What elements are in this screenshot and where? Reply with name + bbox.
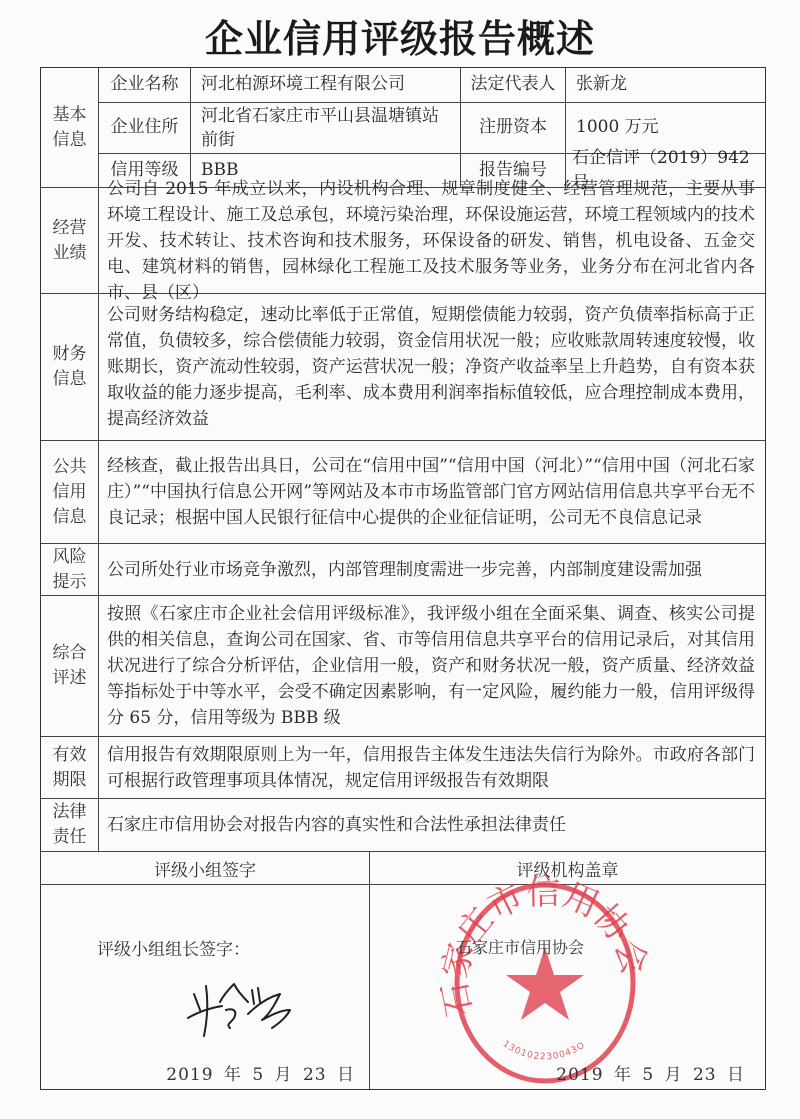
section-text: 石家庄市信用协会对报告内容的真实性和合法性承担法律责任	[99, 799, 765, 851]
handwritten-signature-icon	[186, 980, 306, 1040]
field-label: 企业名称	[99, 68, 191, 102]
signature-date: 2019 年 5 月 23 日	[166, 1060, 355, 1085]
section-text: 信用报告有效期限原则上为一年，信用报告主体发生违法失信行为除外。市政府各部门可根…	[99, 737, 765, 798]
section-text: 经核查，截止报告出具日，公司在“信用中国”“信用中国（河北）”“信用中国（河北石…	[99, 441, 765, 543]
section-text: 公司财务结构稳定，速动比率低于正常值，短期偿债能力较弱，资产负债率指标高于正常值…	[99, 294, 765, 440]
section-label: 法律 责任	[41, 799, 99, 851]
rating-team-signature-header: 评级小组签字	[41, 852, 370, 884]
company-name: 河北柏源环境工程有限公司	[191, 68, 461, 102]
section-text: 公司自 2015 年成立以来，内设机构合理、规章制度健全、经营管理规范，主要从事…	[99, 188, 765, 293]
section-label-text: 有效 期限	[53, 743, 87, 793]
document-title: 企业信用评级报告概述	[0, 8, 800, 63]
section-label: 基本 信息	[41, 68, 99, 187]
section-label: 综合 评述	[41, 596, 99, 736]
section-label-text: 经营 业绩	[53, 216, 87, 266]
section-financial-info: 财务 信息 公司财务结构稳定，速动比率低于正常值，短期偿债能力较弱，资产负债率指…	[41, 294, 765, 441]
rating-team-signature-area: 评级小组组长签字： 2019 年 5 月 23 日	[41, 885, 370, 1089]
legal-representative: 张新龙	[566, 68, 765, 102]
section-public-credit: 公共 信用 信息 经核查，截止报告出具日，公司在“信用中国”“信用中国（河北）”…	[41, 441, 765, 544]
section-label-text: 法律 责任	[53, 800, 87, 850]
section-business-performance: 经营 业绩 公司自 2015 年成立以来，内设机构合理、规章制度健全、经营管理规…	[41, 188, 765, 294]
section-label: 公共 信用 信息	[41, 441, 99, 543]
section-label: 经营 业绩	[41, 188, 99, 293]
svg-text:130102230043O: 130102230043O	[501, 1039, 588, 1062]
section-legal-liability: 法律 责任 石家庄市信用协会对报告内容的真实性和合法性承担法律责任	[41, 799, 765, 852]
agency-name: 石家庄市信用协会	[456, 935, 584, 958]
section-risk-warning: 风险 提示 公司所处行业市场竞争激烈，内部管理制度需进一步完善，内部制度建设需加…	[41, 544, 765, 596]
section-label-text: 公共 信用 信息	[53, 455, 87, 530]
field-label: 注册资本	[461, 103, 566, 153]
section-validity: 有效 期限 信用报告有效期限原则上为一年，信用报告主体发生违法失信行为除外。市政…	[41, 737, 765, 799]
team-leader-label: 评级小组组长签字：	[97, 935, 250, 960]
section-label: 财务 信息	[41, 294, 99, 440]
section-label: 风险 提示	[41, 544, 99, 595]
section-summary: 综合 评述 按照《石家庄市企业社会信用评级标准》，我评级小组在全面采集、调查、核…	[41, 596, 765, 737]
basic-info-section: 基本 信息 企业名称 河北柏源环境工程有限公司 法定代表人 张新龙 企业住所 河…	[41, 68, 765, 188]
official-seal-icon: 石家庄市信用协会 130102230043O	[440, 875, 650, 1085]
section-label-text: 风险 提示	[53, 545, 87, 595]
section-label-text: 基本 信息	[53, 103, 87, 153]
section-text: 按照《石家庄市企业社会信用评级标准》，我评级小组在全面采集、调查、核实公司提供的…	[99, 596, 765, 736]
seal-date: 2019 年 5 月 23 日	[556, 1060, 745, 1085]
field-label: 法定代表人	[461, 68, 566, 102]
section-label: 有效 期限	[41, 737, 99, 798]
section-text: 公司所处行业市场竞争激烈，内部管理制度需进一步完善，内部制度建设需加强	[99, 544, 765, 595]
signature-section: 评级小组签字 评级机构盖章 评级小组组长签字： 2019 年 5 月 23 日	[41, 852, 765, 1089]
rating-agency-seal-area: 石家庄市信用协会 130102230043O 石家庄市信用协会 2019 年 5…	[370, 885, 765, 1089]
section-label-text: 综合 评述	[53, 641, 87, 691]
section-label-text: 财务 信息	[53, 342, 87, 392]
company-address: 河北省石家庄市平山县温塘镇站前街	[191, 103, 461, 153]
report-table: 基本 信息 企业名称 河北柏源环境工程有限公司 法定代表人 张新龙 企业住所 河…	[40, 67, 766, 1090]
basic-row-name: 企业名称 河北柏源环境工程有限公司 法定代表人 张新龙	[99, 68, 765, 103]
field-label: 企业住所	[99, 103, 191, 153]
